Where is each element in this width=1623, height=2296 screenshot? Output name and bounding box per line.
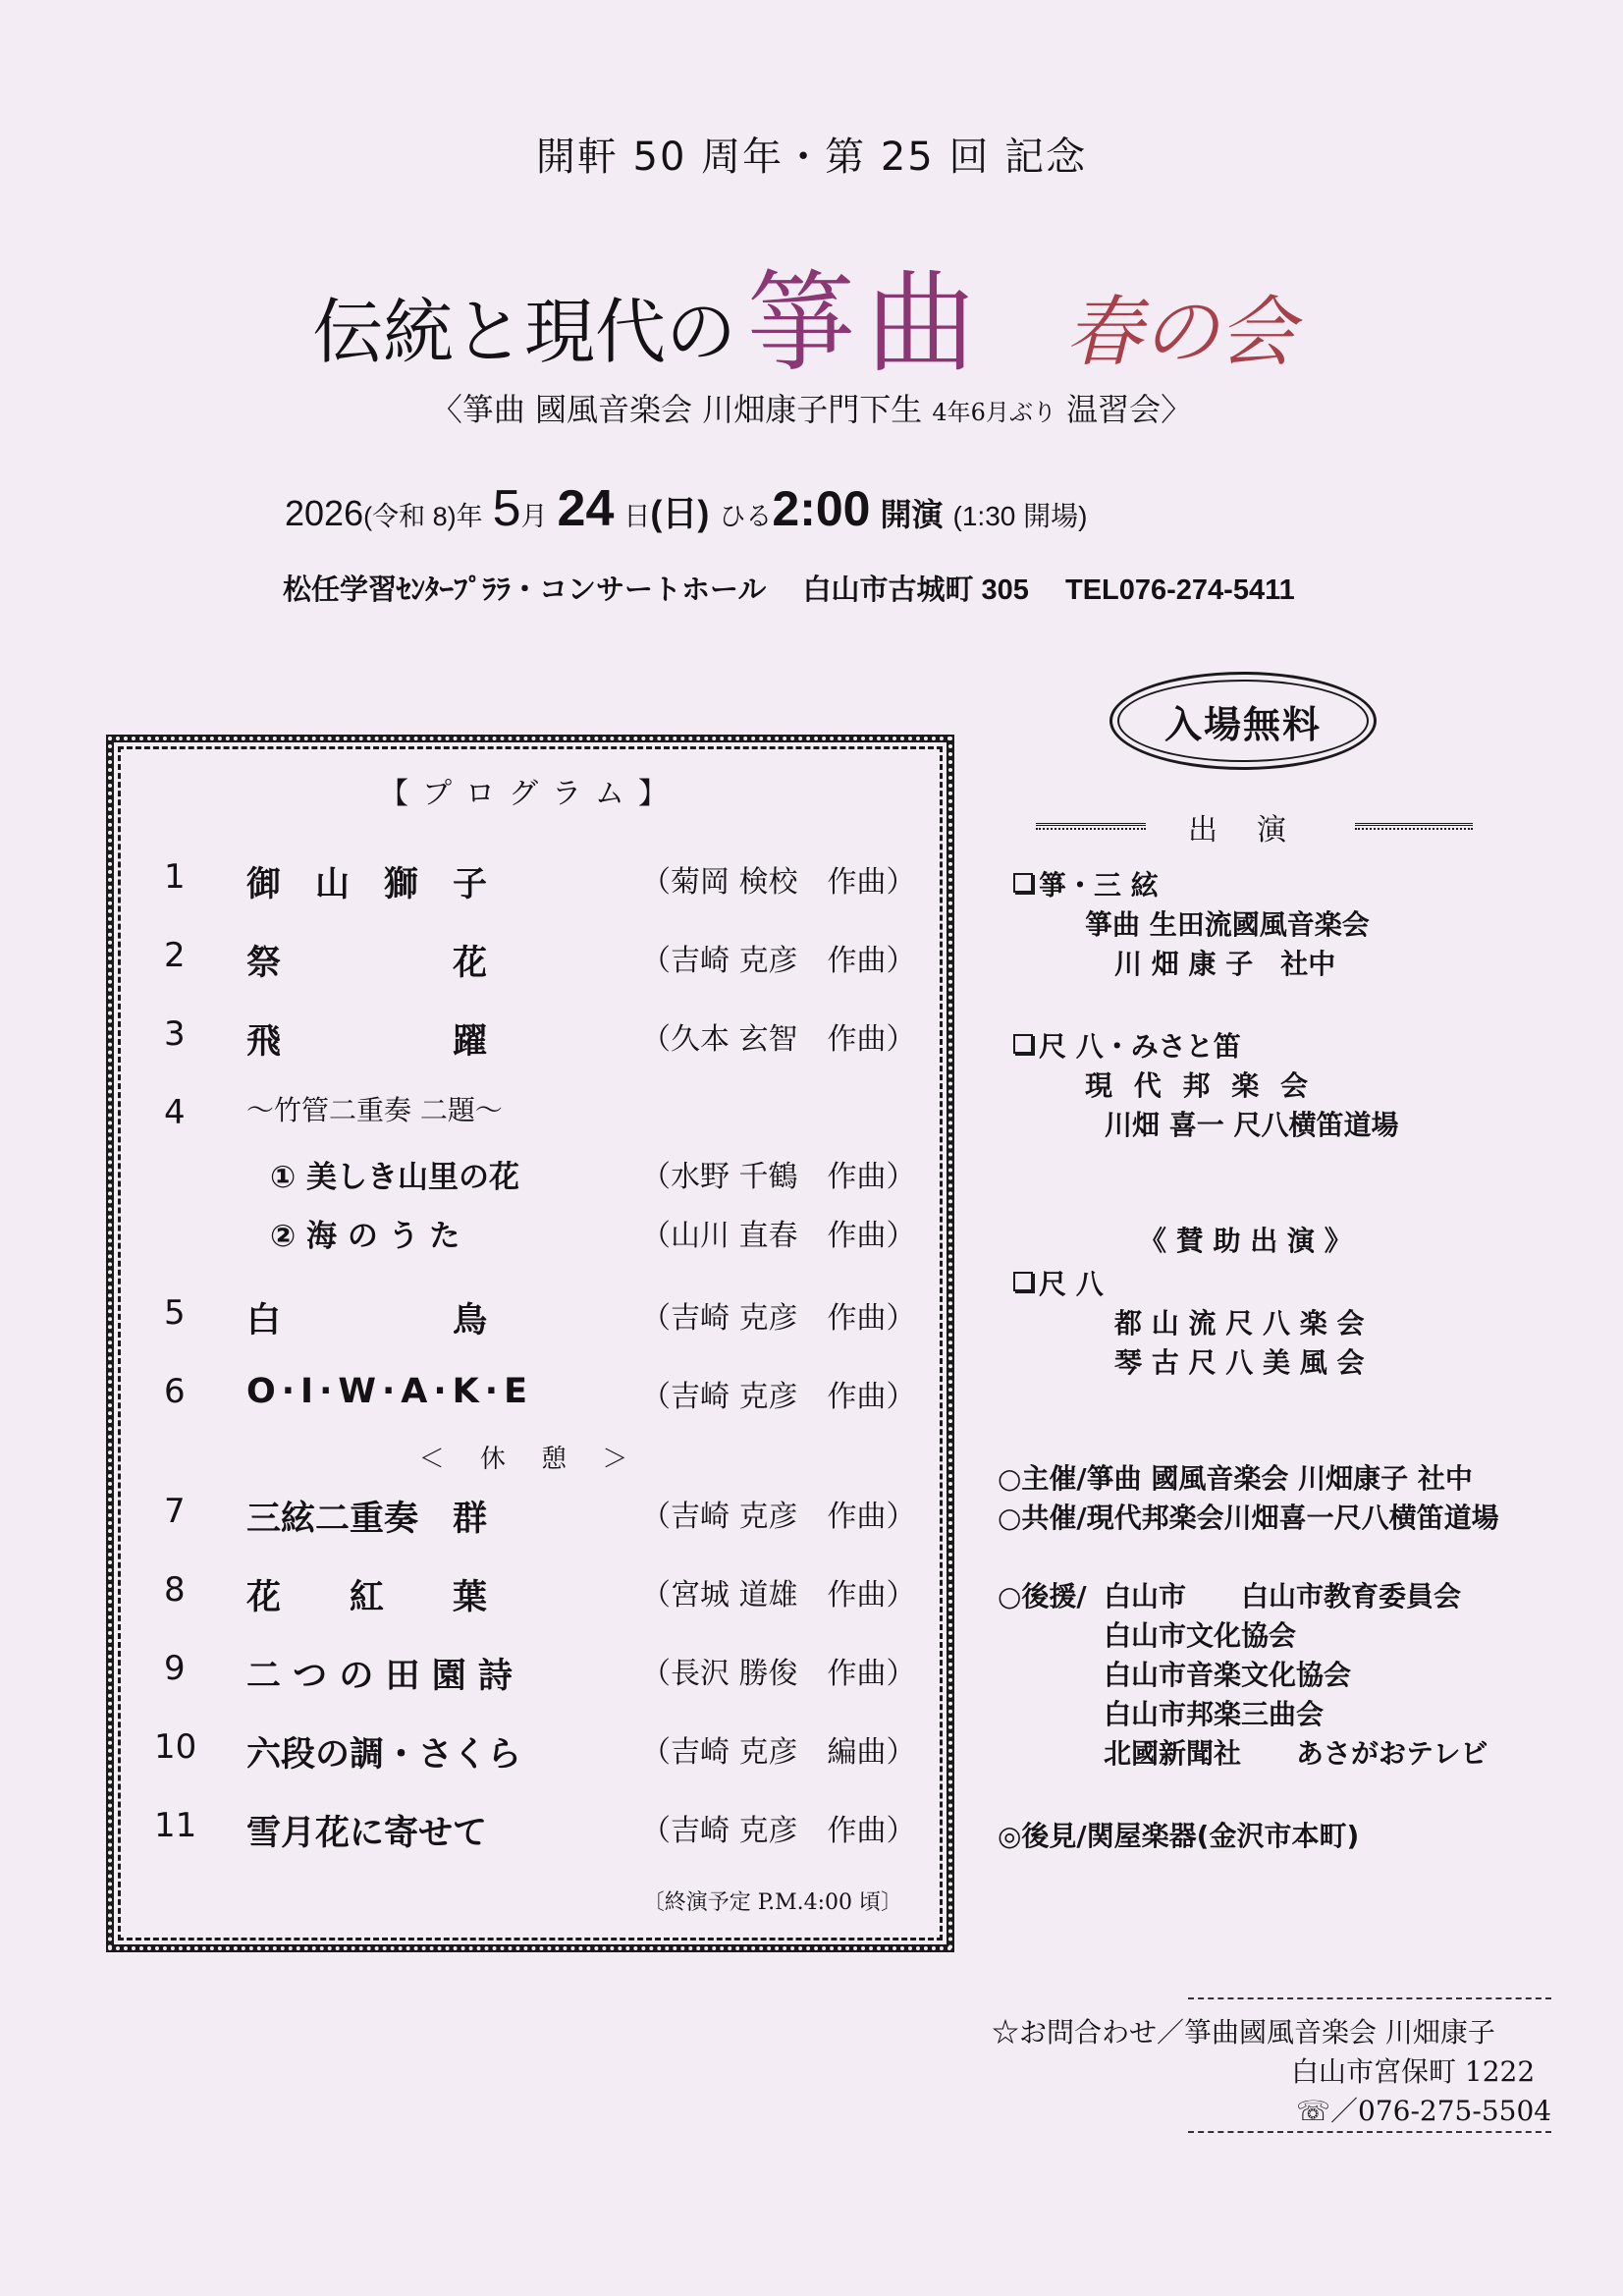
- item-title: O·I·W·A·K·E: [246, 1372, 533, 1411]
- item-composer: （吉崎 克彦 編曲）: [641, 1727, 916, 1771]
- category-label: 尺 八・みさと笛: [1039, 1030, 1241, 1063]
- program-subitem: ① 美しき山里の花 （水野 千鶴 作曲）: [121, 1152, 940, 1201]
- title-spring-concert: 春の会: [1065, 271, 1295, 381]
- event-datetime: 2026(令和 8)年 5月 24 日(日) ひる2:00 開演 (1:30 開…: [285, 479, 1087, 538]
- subtitle-part: 4年6月ぶり: [932, 399, 1056, 426]
- program-item: 1 御 山 獅 子 （菊岡 検校 作曲）: [121, 857, 940, 906]
- program-box: 【プログラム】 1 御 山 獅 子 （菊岡 検校 作曲） 2 祭 花 （吉崎 克…: [106, 735, 954, 1952]
- item-composer: （吉崎 克彦 作曲）: [641, 936, 916, 979]
- support-performers-header: 《 賛 助 出 演 》: [1139, 1220, 1352, 1259]
- event-era: (令和 8): [363, 502, 457, 531]
- item-composer: （宮城 道雄 作曲）: [641, 1570, 916, 1613]
- subtitle-part: 温習会〉: [1056, 391, 1192, 428]
- divider-right: [1355, 823, 1473, 830]
- performer-line: 箏曲 生田流國風音楽会: [1085, 903, 1370, 943]
- contact-address: 白山市宮保町 1222: [1291, 2050, 1535, 2090]
- item-number: 2: [164, 936, 213, 975]
- program-inner-border: 【プログラム】 1 御 山 獅 子 （菊岡 検校 作曲） 2 祭 花 （吉崎 克…: [118, 746, 943, 1941]
- subtitle-part: 〈箏曲 國風音楽会 川畑康子門下生: [431, 391, 933, 428]
- item-title: 三絃二重奏 群: [246, 1492, 487, 1541]
- item-title: ① 美しき山里の花: [270, 1152, 519, 1196]
- start-label: 開演: [881, 497, 944, 532]
- category-label: 尺 八: [1039, 1268, 1104, 1300]
- end-time-note: 〔終演予定 P.M.4:00 頃〕: [643, 1886, 902, 1916]
- program-item: 6 O·I·W·A·K·E （吉崎 克彦 作曲）: [121, 1372, 940, 1421]
- item-number: 7: [164, 1492, 213, 1531]
- supporter: 白山市音楽文化協会: [1104, 1654, 1351, 1693]
- performer-line: 現 代 邦 楽 会: [1085, 1065, 1314, 1104]
- subtitle: 〈箏曲 國風音楽会 川畑康子門下生 4年6月ぶり 温習会〉: [0, 385, 1623, 430]
- item-composer: （長沢 勝俊 作曲）: [641, 1649, 916, 1692]
- event-year: 2026: [285, 493, 363, 533]
- month-suffix: 月: [521, 502, 548, 531]
- divider-left: [1036, 823, 1146, 830]
- program-item: 2 祭 花 （吉崎 克彦 作曲）: [121, 936, 940, 985]
- item-title: 祭 花: [246, 936, 487, 985]
- host-line: ○主催/箏曲 國風音楽会 川畑康子 社中: [998, 1457, 1473, 1497]
- item-number: 3: [164, 1014, 213, 1054]
- contact-label: ☆お問合わせ／箏曲國風音楽会 川畑康子: [992, 2011, 1495, 2050]
- divider-top: [1188, 1997, 1551, 1999]
- item-composer: （吉崎 克彦 作曲）: [641, 1372, 916, 1415]
- performer-category: 尺 八・みさと笛: [1013, 1025, 1241, 1065]
- item-number: 4: [164, 1093, 213, 1132]
- supporter: 白山市 白山市教育委員会: [1104, 1575, 1461, 1614]
- performers-header: 出演: [1036, 805, 1448, 845]
- program-item: 11 雪月花に寄せて （吉崎 克彦 作曲）: [121, 1806, 940, 1855]
- supporter: 白山市文化協会: [1104, 1614, 1296, 1654]
- item-title: 白 鳥: [246, 1293, 487, 1342]
- supporter: 白山市邦楽三曲会: [1104, 1693, 1324, 1732]
- item-composer: （吉崎 克彦 作曲）: [641, 1293, 916, 1337]
- performer-line: 琴 古 尺 八 美 風 会: [1114, 1341, 1365, 1381]
- doors-open: (1:30 開場): [953, 501, 1088, 531]
- item-composer: （菊岡 検校 作曲）: [641, 857, 916, 901]
- item-title: ～竹管二重奏 二題～: [246, 1089, 503, 1128]
- item-title: 御 山 獅 子: [246, 857, 487, 906]
- contact-phone: ☏／076-275-5504: [1296, 2090, 1551, 2129]
- item-title: 飛 躍: [246, 1014, 487, 1064]
- performer-line: 川畑 喜一 尺八横笛道場: [1105, 1104, 1399, 1143]
- item-composer: （水野 千鶴 作曲）: [641, 1152, 916, 1195]
- item-composer: （吉崎 克彦 作曲）: [641, 1806, 916, 1849]
- item-title: 六段の調・さくら: [246, 1727, 521, 1777]
- checkbox-square-icon: [1013, 1272, 1033, 1291]
- program-item: 8 花 紅 葉 （宮城 道雄 作曲）: [121, 1570, 940, 1619]
- performer-line: 都 山 流 尺 八 楽 会: [1114, 1302, 1365, 1341]
- support-label: ○後援/: [998, 1575, 1087, 1614]
- item-composer: （久本 玄智 作曲）: [641, 1014, 916, 1058]
- performer-category: 尺 八: [1013, 1263, 1104, 1302]
- title-tradition-modern: 伝統と現代の: [312, 275, 736, 377]
- item-number: 9: [164, 1649, 213, 1688]
- item-number: 6: [164, 1372, 213, 1411]
- title-koto: 箏曲: [746, 236, 986, 394]
- year-suffix: 年: [457, 502, 483, 531]
- guardian-line: ◎後見/関屋楽器(金沢市本町): [998, 1815, 1359, 1854]
- anniversary-heading: 開軒 50 周年・第 25 回 記念: [0, 126, 1623, 182]
- day-suffix: 日: [623, 502, 650, 531]
- program-title: 【プログラム】: [121, 769, 940, 812]
- supporter: 北國新聞社 あさがおテレビ: [1104, 1732, 1488, 1772]
- item-number: 8: [164, 1570, 213, 1610]
- free-admission-label: 入場無料: [1164, 694, 1322, 748]
- program-item: 4 ～竹管二重奏 二題～: [121, 1093, 940, 1142]
- item-title: 二 つ の 田 園 詩: [246, 1649, 513, 1698]
- category-label: 箏・三 絃: [1039, 869, 1159, 902]
- item-number: 5: [164, 1293, 213, 1333]
- item-number: 11: [154, 1806, 203, 1845]
- program-item: 7 三絃二重奏 群 （吉崎 克彦 作曲）: [121, 1492, 940, 1541]
- program-item: 3 飛 躍 （久本 玄智 作曲）: [121, 1014, 940, 1064]
- program-subitem: ② 海 の う た （山川 直春 作曲）: [121, 1211, 940, 1260]
- performer-category: 箏・三 絃: [1013, 864, 1159, 903]
- divider-bottom: [1188, 2131, 1551, 2133]
- item-title: 雪月花に寄せて: [246, 1806, 487, 1855]
- cohost-line: ○共催/現代邦楽会川畑喜一尺八横笛道場: [998, 1497, 1499, 1536]
- program-item: 10 六段の調・さくら （吉崎 克彦 編曲）: [121, 1727, 940, 1777]
- item-title: 花 紅 葉: [246, 1570, 487, 1619]
- event-title: 伝統と現代の 箏曲 春の会: [0, 236, 1623, 363]
- venue-line: 松任学習ｾﾝﾀｰﾌﾟﾗﾗ・コンサートホール 白山市古城町 305 TEL076-…: [283, 568, 1295, 608]
- free-admission-badge: 入場無料: [1109, 672, 1377, 770]
- performers-title: 出演: [1183, 805, 1330, 848]
- time-prefix: ひる: [719, 502, 772, 531]
- intermission-label: ＜ 休 憩 ＞: [121, 1439, 940, 1475]
- event-day: 24: [558, 480, 615, 537]
- event-time: 2:00: [772, 481, 870, 536]
- checkbox-square-icon: [1013, 873, 1033, 893]
- item-number: 1: [164, 857, 213, 897]
- program-item: 9 二 つ の 田 園 詩 （長沢 勝俊 作曲）: [121, 1649, 940, 1698]
- item-composer: （山川 直春 作曲）: [641, 1211, 916, 1254]
- item-title: ② 海 の う た: [270, 1211, 460, 1255]
- program-item: 5 白 鳥 （吉崎 克彦 作曲）: [121, 1293, 940, 1342]
- event-month: 5: [493, 480, 521, 537]
- item-number: 10: [154, 1727, 203, 1767]
- item-composer: （吉崎 克彦 作曲）: [641, 1492, 916, 1535]
- checkbox-square-icon: [1013, 1034, 1033, 1054]
- event-weekday: (日): [650, 493, 709, 533]
- performer-line: 川 畑 康 子 社中: [1114, 943, 1335, 982]
